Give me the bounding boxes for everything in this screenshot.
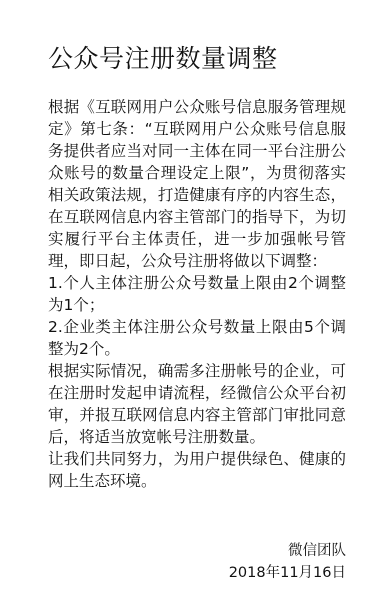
paragraph-rule-enterprise: 2.企业类主体注册公众号数量上限由5个调整为2个。 (48, 316, 346, 360)
signature-block: 微信团队 2018年11月16日 (229, 540, 346, 584)
paragraph-rule-personal: 1.个人主体注册公众号数量上限由2个调整为1个； (48, 272, 346, 316)
signature-date: 2018年11月16日 (229, 562, 346, 584)
paragraph-exception: 根据实际情况，确需多注册帐号的企业，可在注册时发起申请流程，经微信公众平台初审，… (48, 360, 346, 448)
article-title: 公众号注册数量调整 (48, 42, 346, 76)
paragraph-closing: 让我们共同努力，为用户提供绿色、健康的网上生态环境。 (48, 448, 346, 492)
announcement-article: 公众号注册数量调整 根据《互联网用户公众账号信息服务管理规定》第七条：“互联网用… (48, 42, 346, 492)
paragraph-intro: 根据《互联网用户公众账号信息服务管理规定》第七条：“互联网用户公众账号信息服务提… (48, 96, 346, 272)
signature-team: 微信团队 (229, 540, 346, 562)
article-body: 根据《互联网用户公众账号信息服务管理规定》第七条：“互联网用户公众账号信息服务提… (48, 96, 346, 492)
